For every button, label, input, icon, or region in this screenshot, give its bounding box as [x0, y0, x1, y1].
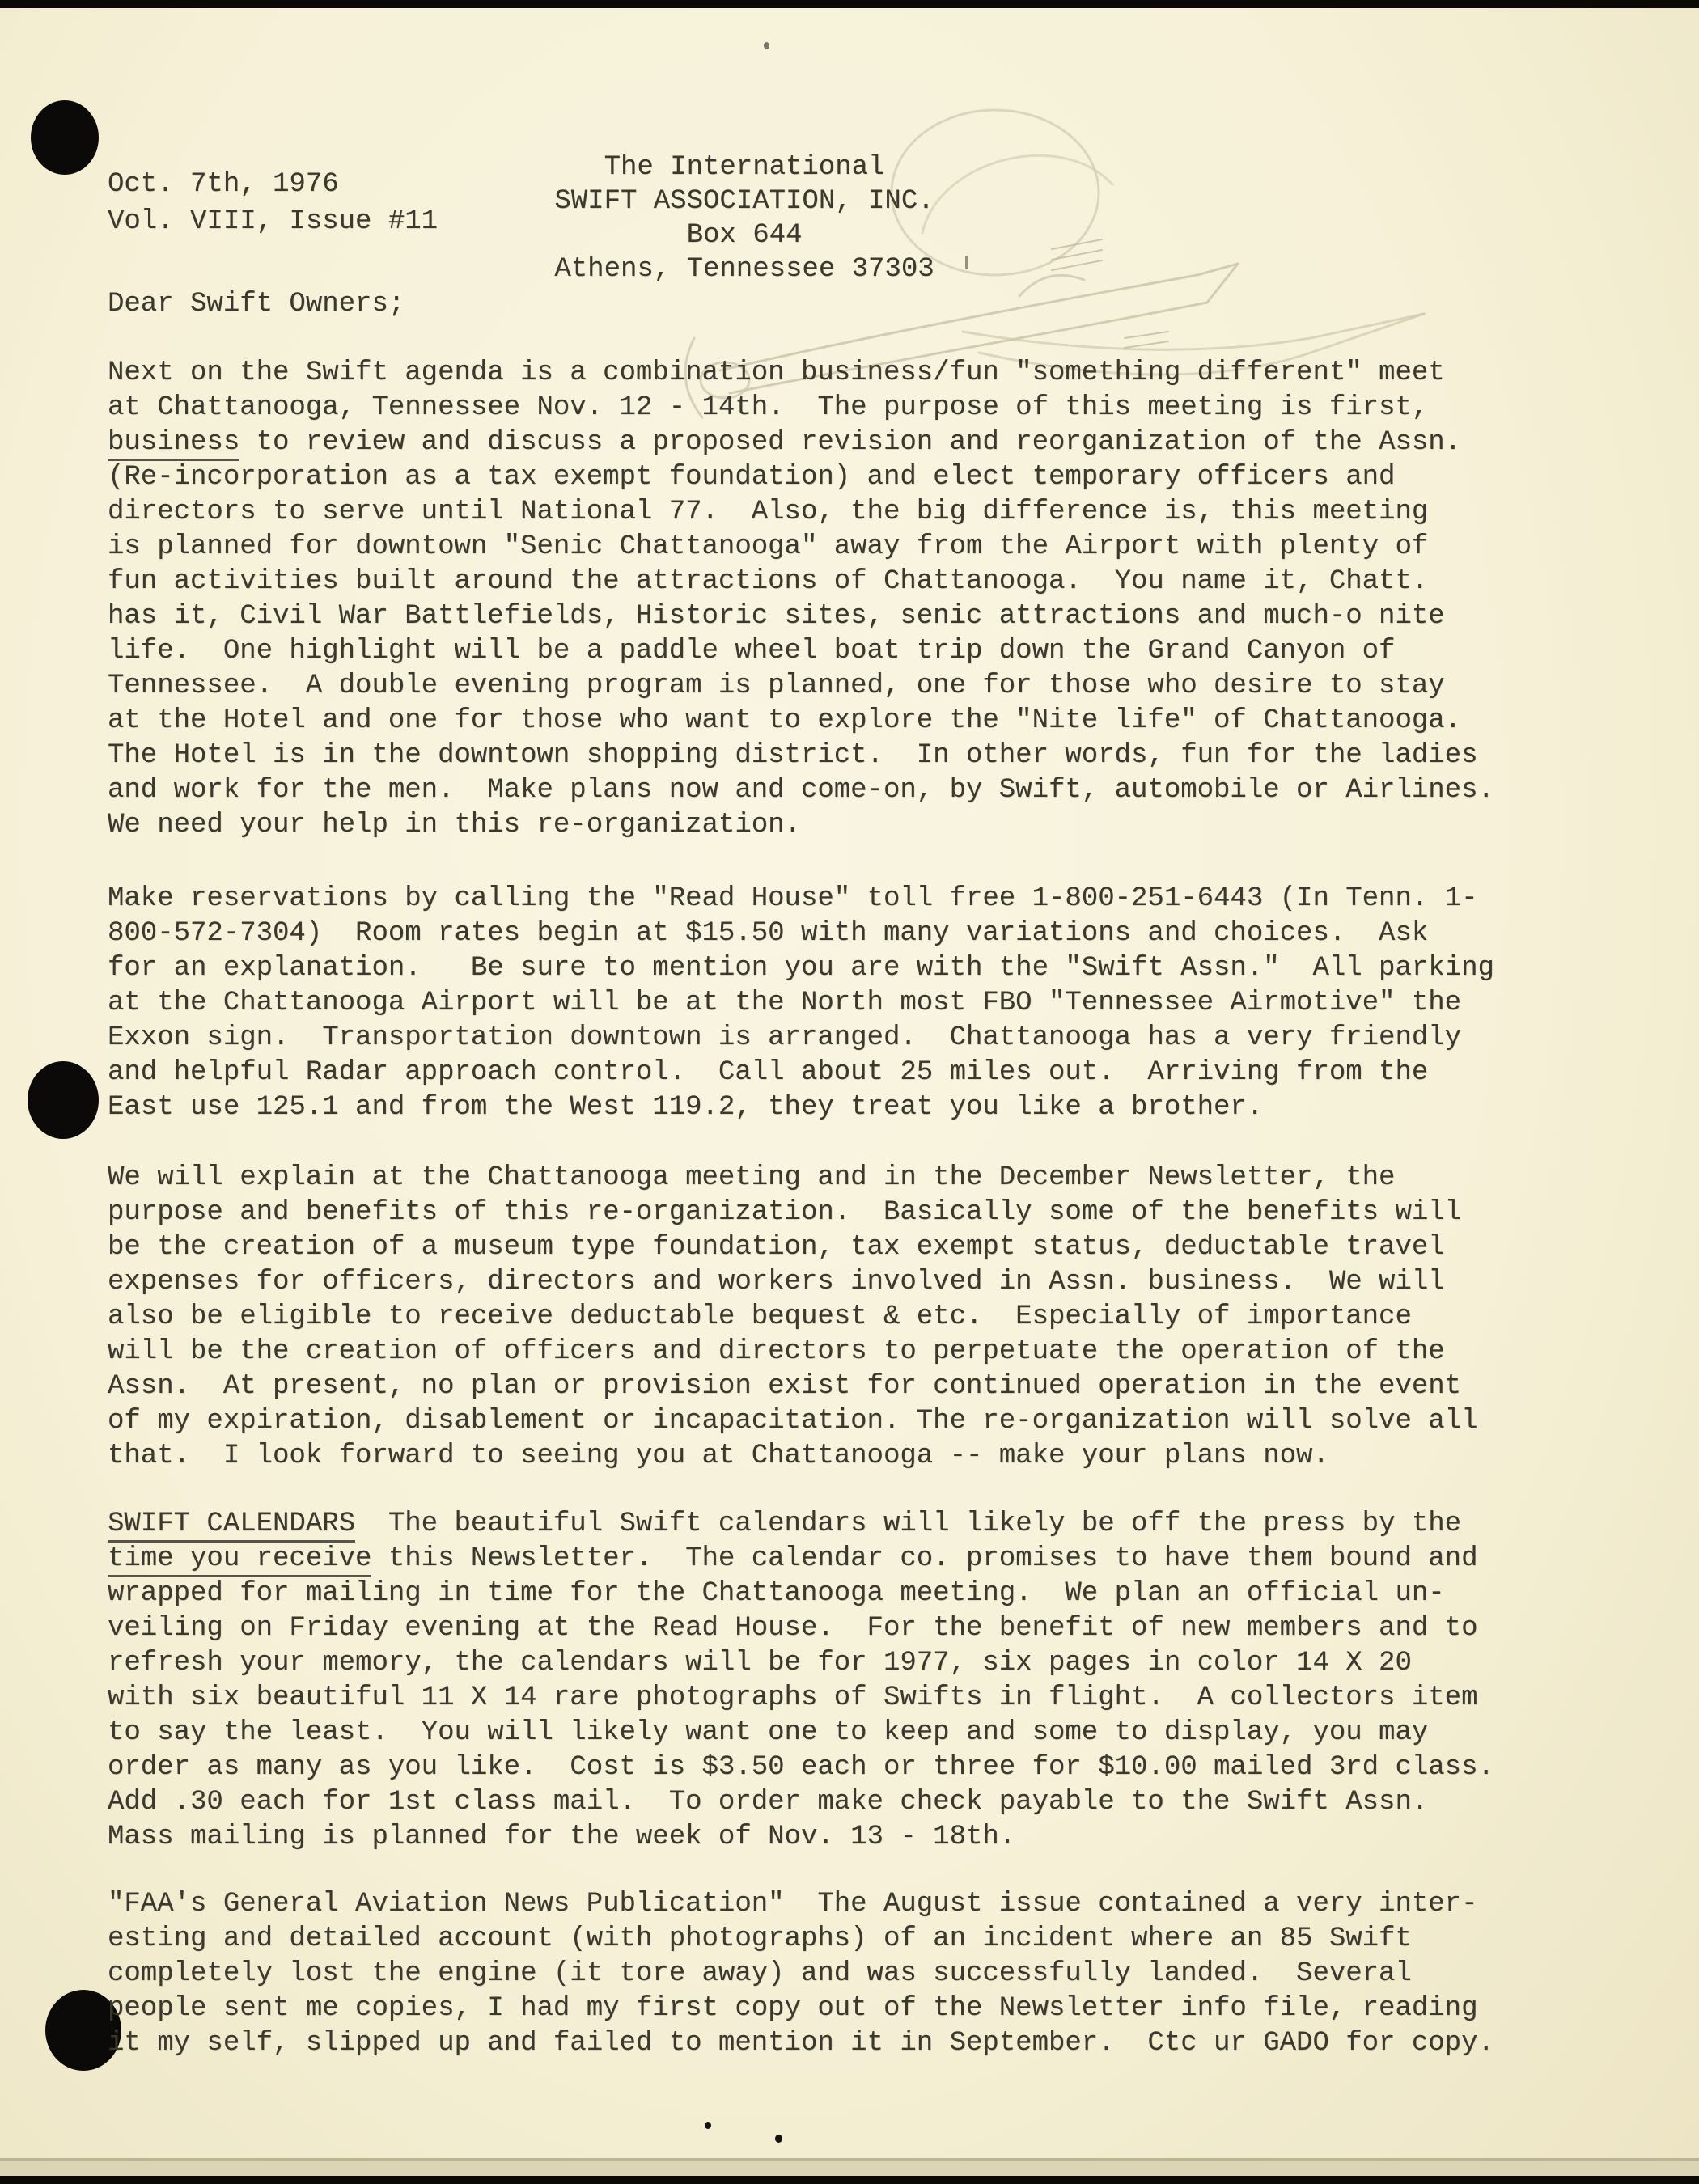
salutation: Dear Swift Owners; — [108, 287, 405, 322]
punch-hole — [28, 1061, 99, 1139]
text-line: with six beautiful 11 X 14 rare photogra… — [108, 1681, 1494, 1716]
text-segment: purpose and benefits of this re-organiza… — [108, 1197, 1461, 1228]
text-segment: refresh your memory, the calendars will … — [108, 1648, 1412, 1678]
text-segment: at Chattanooga, Tennessee Nov. 12 - 14th… — [108, 392, 1428, 423]
text-segment: We will explain at the Chattanooga meeti… — [108, 1162, 1395, 1193]
text-line: Assn. At present, no plan or provision e… — [108, 1369, 1477, 1404]
text-line: completely lost the engine (it tore away… — [108, 1957, 1494, 1991]
text-line: has it, Civil War Battlefields, Historic… — [108, 599, 1494, 634]
scan-edge-bottom — [0, 2176, 1699, 2184]
text-line: esting and detailed account (with photog… — [108, 1922, 1494, 1957]
text-line: Add .30 each for 1st class mail. To orde… — [108, 1785, 1494, 1820]
date-block: Oct. 7th, 1976 Vol. VIII, Issue #11 — [108, 166, 438, 240]
text-line: at the Chattanooga Airport will be at th… — [108, 986, 1494, 1021]
stray-mark — [965, 256, 968, 269]
paragraph: SWIFT CALENDARS The beautiful Swift cale… — [108, 1507, 1494, 1855]
text-line: life. One highlight will be a paddle whe… — [108, 634, 1494, 669]
paragraph: "FAA's General Aviation News Publication… — [108, 1887, 1494, 2061]
text-segment: Make reservations by calling the "Read H… — [108, 883, 1477, 914]
text-line: expenses for officers, directors and wor… — [108, 1265, 1477, 1300]
text-line: Make reservations by calling the "Read H… — [108, 882, 1494, 916]
text-line: business to review and discuss a propose… — [108, 425, 1494, 460]
date-line: Oct. 7th, 1976 — [108, 166, 438, 203]
text-line: time you receive this Newsletter. The ca… — [108, 1542, 1494, 1577]
issue-line: Vol. VIII, Issue #11 — [108, 203, 438, 240]
text-segment: Assn. At present, no plan or provision e… — [108, 1371, 1461, 1402]
text-segment: be the creation of a museum type foundat… — [108, 1232, 1445, 1263]
text-line: wrapped for mailing in time for the Chat… — [108, 1577, 1494, 1611]
ink-speck — [764, 42, 769, 49]
org-name-line-2: SWIFT ASSOCIATION, INC. — [534, 184, 955, 218]
text-segment: "FAA's General Aviation News Publication… — [108, 1889, 1477, 1919]
text-line: that. I look forward to seeing you at Ch… — [108, 1439, 1477, 1474]
text-line: order as many as you like. Cost is $3.50… — [108, 1750, 1494, 1785]
text-line: people sent me copies, I had my first co… — [108, 1991, 1494, 2026]
ink-speck — [705, 2122, 711, 2129]
text-segment: will be the creation of officers and dir… — [108, 1336, 1445, 1367]
text-segment: at the Chattanooga Airport will be at th… — [108, 988, 1461, 1018]
text-segment: esting and detailed account (with photog… — [108, 1924, 1412, 1954]
text-line: directors to serve until National 77. Al… — [108, 495, 1494, 530]
text-segment: fun activities built around the attracti… — [108, 566, 1428, 597]
text-segment: Next on the Swift agenda is a combinatio… — [108, 358, 1445, 388]
text-line: Mass mailing is planned for the week of … — [108, 1820, 1494, 1855]
text-segment: and work for the men. Make plans now and… — [108, 775, 1494, 806]
text-line: The Hotel is in the downtown shopping di… — [108, 739, 1494, 773]
underlined-text-segment: SWIFT CALENDARS — [108, 1509, 355, 1543]
text-segment: directors to serve until National 77. Al… — [108, 497, 1428, 527]
text-line: veiling on Friday evening at the Read Ho… — [108, 1611, 1494, 1646]
text-segment: is planned for downtown "Senic Chattanoo… — [108, 531, 1428, 562]
text-line: Tennessee. A double evening program is p… — [108, 669, 1494, 704]
text-segment: Tennessee. A double evening program is p… — [108, 671, 1445, 701]
text-line: (Re-incorporation as a tax exempt founda… — [108, 460, 1494, 495]
text-line: will be the creation of officers and dir… — [108, 1335, 1477, 1369]
text-segment: at the Hotel and one for those who want … — [108, 705, 1461, 736]
text-segment: Mass mailing is planned for the week of … — [108, 1822, 1015, 1852]
text-line: and work for the men. Make plans now and… — [108, 773, 1494, 808]
text-segment: wrapped for mailing in time for the Chat… — [108, 1578, 1445, 1609]
text-segment: this Newsletter. The calendar co. promis… — [371, 1543, 1477, 1574]
text-segment: 800-572-7304) Room rates begin at $15.50… — [108, 918, 1428, 949]
text-line: SWIFT CALENDARS The beautiful Swift cale… — [108, 1507, 1494, 1542]
text-segment: Add .30 each for 1st class mail. To orde… — [108, 1787, 1428, 1818]
text-segment: (Re-incorporation as a tax exempt founda… — [108, 462, 1395, 493]
text-line: be the creation of a museum type foundat… — [108, 1230, 1477, 1265]
text-segment: veiling on Friday evening at the Read Ho… — [108, 1613, 1477, 1644]
newsletter-page: Oct. 7th, 1976 Vol. VIII, Issue #11 The … — [0, 0, 1699, 2184]
text-line: We need your help in this re-organizatio… — [108, 808, 1494, 843]
text-segment: We need your help in this re-organizatio… — [108, 810, 801, 840]
paragraph: We will explain at the Chattanooga meeti… — [108, 1161, 1477, 1474]
paper-edge-line — [0, 2158, 1699, 2161]
text-segment: for an explanation. Be sure to mention y… — [108, 953, 1494, 984]
text-segment: East use 125.1 and from the West 119.2, … — [108, 1092, 1263, 1123]
punch-hole — [31, 100, 99, 175]
text-segment: to say the least. You will likely want o… — [108, 1717, 1428, 1748]
text-segment: The beautiful Swift calendars will likel… — [355, 1509, 1461, 1539]
scan-bottom-band — [0, 2161, 1699, 2176]
text-line: Next on the Swift agenda is a combinatio… — [108, 356, 1494, 391]
text-line: refresh your memory, the calendars will … — [108, 1646, 1494, 1681]
org-address-box: Box 644 — [534, 218, 955, 252]
text-line: Exxon sign. Transportation downtown is a… — [108, 1021, 1494, 1056]
org-address-city: Athens, Tennessee 37303 — [534, 252, 955, 286]
text-line: and helpful Radar approach control. Call… — [108, 1056, 1494, 1090]
text-segment: it my self, slipped up and failed to men… — [108, 2028, 1494, 2059]
ink-speck — [775, 2135, 782, 2143]
text-line: purpose and benefits of this re-organiza… — [108, 1196, 1477, 1230]
text-line: also be eligible to receive deductable b… — [108, 1300, 1477, 1335]
text-segment: and helpful Radar approach control. Call… — [108, 1057, 1428, 1088]
text-line: at the Hotel and one for those who want … — [108, 704, 1494, 739]
text-segment: also be eligible to receive deductable b… — [108, 1302, 1412, 1332]
text-segment: to review and discuss a proposed revisio… — [239, 427, 1461, 458]
org-name-line-1: The International — [534, 150, 955, 184]
text-segment: life. One highlight will be a paddle whe… — [108, 636, 1395, 667]
text-line: at Chattanooga, Tennessee Nov. 12 - 14th… — [108, 391, 1494, 425]
text-segment: Exxon sign. Transportation downtown is a… — [108, 1022, 1461, 1053]
text-segment: The Hotel is in the downtown shopping di… — [108, 740, 1477, 771]
paragraph: Make reservations by calling the "Read H… — [108, 882, 1494, 1125]
text-segment: that. I look forward to seeing you at Ch… — [108, 1441, 1329, 1471]
text-line: it my self, slipped up and failed to men… — [108, 2026, 1494, 2061]
text-line: "FAA's General Aviation News Publication… — [108, 1887, 1494, 1922]
text-segment: with six beautiful 11 X 14 rare photogra… — [108, 1682, 1477, 1713]
text-segment: people sent me copies, I had my first co… — [108, 1993, 1477, 2024]
text-segment: completely lost the engine (it tore away… — [108, 1958, 1412, 1989]
scan-edge-top — [0, 0, 1699, 8]
text-line: 800-572-7304) Room rates begin at $15.50… — [108, 916, 1494, 951]
paragraph: Next on the Swift agenda is a combinatio… — [108, 356, 1494, 843]
text-line: East use 125.1 and from the West 119.2, … — [108, 1090, 1494, 1125]
text-line: is planned for downtown "Senic Chattanoo… — [108, 530, 1494, 565]
text-segment: has it, Civil War Battlefields, Historic… — [108, 601, 1445, 632]
text-line: We will explain at the Chattanooga meeti… — [108, 1161, 1477, 1196]
text-segment: order as many as you like. Cost is $3.50… — [108, 1752, 1494, 1783]
text-segment: expenses for officers, directors and wor… — [108, 1267, 1445, 1297]
text-line: of my expiration, disablement or incapac… — [108, 1404, 1477, 1439]
text-line: fun activities built around the attracti… — [108, 565, 1494, 599]
text-line: for an explanation. Be sure to mention y… — [108, 951, 1494, 986]
text-segment: of my expiration, disablement or incapac… — [108, 1406, 1477, 1437]
underlined-text-segment: time you receive — [108, 1543, 371, 1577]
text-line: to say the least. You will likely want o… — [108, 1716, 1494, 1750]
underlined-text-segment: business — [108, 427, 239, 461]
masthead: The International SWIFT ASSOCIATION, INC… — [534, 150, 955, 286]
